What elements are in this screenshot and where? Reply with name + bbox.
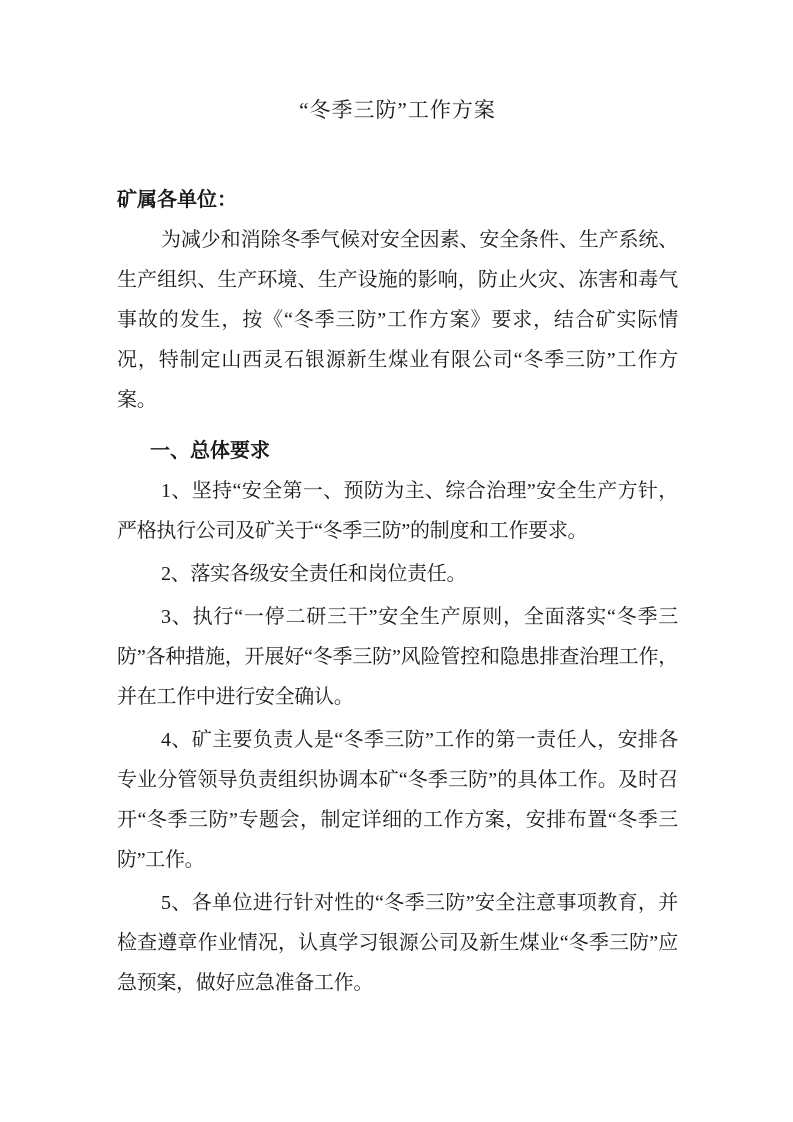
section-heading-overall-requirements: 一、总体要求 (150, 431, 678, 471)
requirement-item-4: 4、矿主要负责人是“冬季三防”工作的第一责任人，安排各专业分管领导负责组织协调本… (117, 720, 678, 880)
requirement-item-3: 3、执行“一停二研三干”安全生产原则，全面落实“冬季三防”各种措施，开展好“冬季… (117, 597, 678, 717)
requirement-item-5: 5、各单位进行针对性的“冬季三防”安全注意事项教育，并检查遵章作业情况，认真学习… (117, 883, 678, 1003)
document-page: “冬季三防”工作方案 矿属各单位： 为减少和消除冬季气候对安全因素、安全条件、生… (0, 0, 793, 1122)
document-title: “冬季三防”工作方案 (117, 93, 678, 127)
requirement-item-1: 1、坚持“安全第一、预防为主、综合治理”安全生产方针，严格执行公司及矿关于“冬季… (117, 471, 678, 551)
intro-paragraph: 为减少和消除冬季气候对安全因素、安全条件、生产系统、生产组织、生产环境、生产设施… (117, 220, 678, 420)
requirement-item-2: 2、落实各级安全责任和岗位责任。 (117, 554, 678, 594)
salutation-line: 矿属各单位： (117, 180, 678, 220)
